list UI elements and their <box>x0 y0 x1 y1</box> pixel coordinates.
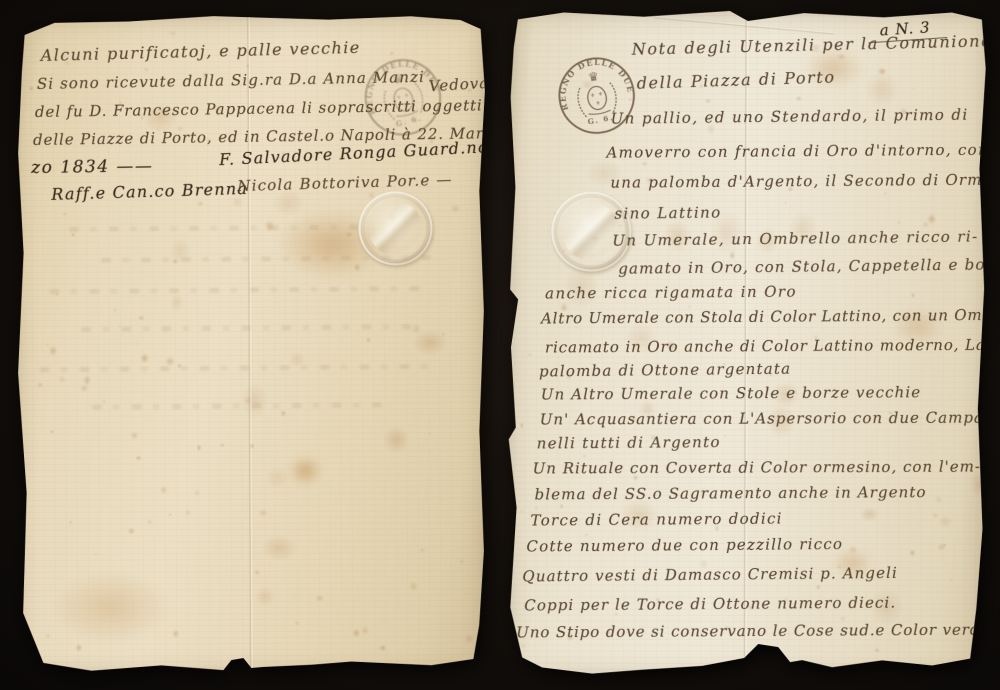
handwritten-line: Un Rituale con Coverta di Color ormesino… <box>533 457 981 477</box>
handwritten-line: ricamato in Oro anche di Color Lattino m… <box>545 336 986 357</box>
handwritten-line: Nicola Bottoriva Por.e — <box>237 170 453 195</box>
document-right: REGNO DELLE DUE SICILIE ♛ ⚜ ⚜ ⚜ G. 6. a … <box>502 7 992 682</box>
handwritten-line: palomba di Ottone argentata <box>539 360 792 381</box>
handwritten-line: blema del SS.o Sagramento anche in Argen… <box>535 483 927 503</box>
handwritten-line: Vedova <box>428 74 489 95</box>
handwritten-line: anche ricca rigamata in Oro <box>545 282 797 302</box>
handwritten-line: Nota degli Utenzili per la Comunione <box>632 31 992 58</box>
handwritten-line: Torce di Cera numero dodici <box>530 509 782 529</box>
handwritten-line: Alcuni purificatoj, e palle vecchie <box>40 38 360 65</box>
handwritten-line: Un Umerale, un Ombrello anche ricco ri- <box>612 227 978 249</box>
handwritten-line: Un pallio, ed uno Stendardo, il primo di <box>610 106 968 128</box>
handwriting-layer: Alcuni purificatoj, e palle vecchieSi so… <box>9 11 492 681</box>
handwritten-line: della Piazza di Porto <box>636 67 835 92</box>
handwritten-line: gamato in Oro, con Stola, Cappetella e b… <box>618 255 992 277</box>
photograph-of-documents: { "scene": { "description": "Photograph … <box>0 0 1000 690</box>
handwritten-line: Amoverro con francia di Oro d'intorno, c… <box>606 141 989 162</box>
handwritten-line: del fu D. Francesco Pappacena li soprasc… <box>35 96 483 121</box>
document-left: REGNO DELLE DUE SICILIE ♛ ⚜ ⚜ ⚜ G. 6. Al… <box>9 11 492 681</box>
handwritten-line: Coppi per le Torce di Ottone numero diec… <box>524 593 896 614</box>
handwritten-line: Raff.e Can.co Brenna <box>51 179 248 204</box>
handwritten-line: zo 1834 —— <box>31 156 154 178</box>
handwritten-line: una palomba d'Argento, il Secondo di Orm… <box>610 171 992 192</box>
handwritten-line: Un' Acquasantiera con L'Aspersorio con d… <box>540 408 990 428</box>
handwritten-line: Quattro vesti di Damasco Cremisi p. Ange… <box>522 564 898 586</box>
handwritten-line: Altro Umerale con Stola di Color Lattino… <box>541 306 992 328</box>
handwritten-line: Un Altro Umerale con Stole e borze vecch… <box>541 383 921 403</box>
handwritten-line: Si sono ricevute dalla Sig.ra D.a Anna M… <box>37 68 425 93</box>
handwritten-line: nelli tutti di Argento <box>537 433 721 452</box>
handwritten-line: Uno Stipo dove si conservano le Cose sud… <box>516 621 990 642</box>
handwritten-line: Cotte numero due con pezzillo ricco <box>526 535 843 555</box>
handwritten-line: sino Lattino <box>614 203 721 222</box>
handwriting-layer: a N. 3Nota degli Utenzili per la Comunio… <box>502 7 992 682</box>
